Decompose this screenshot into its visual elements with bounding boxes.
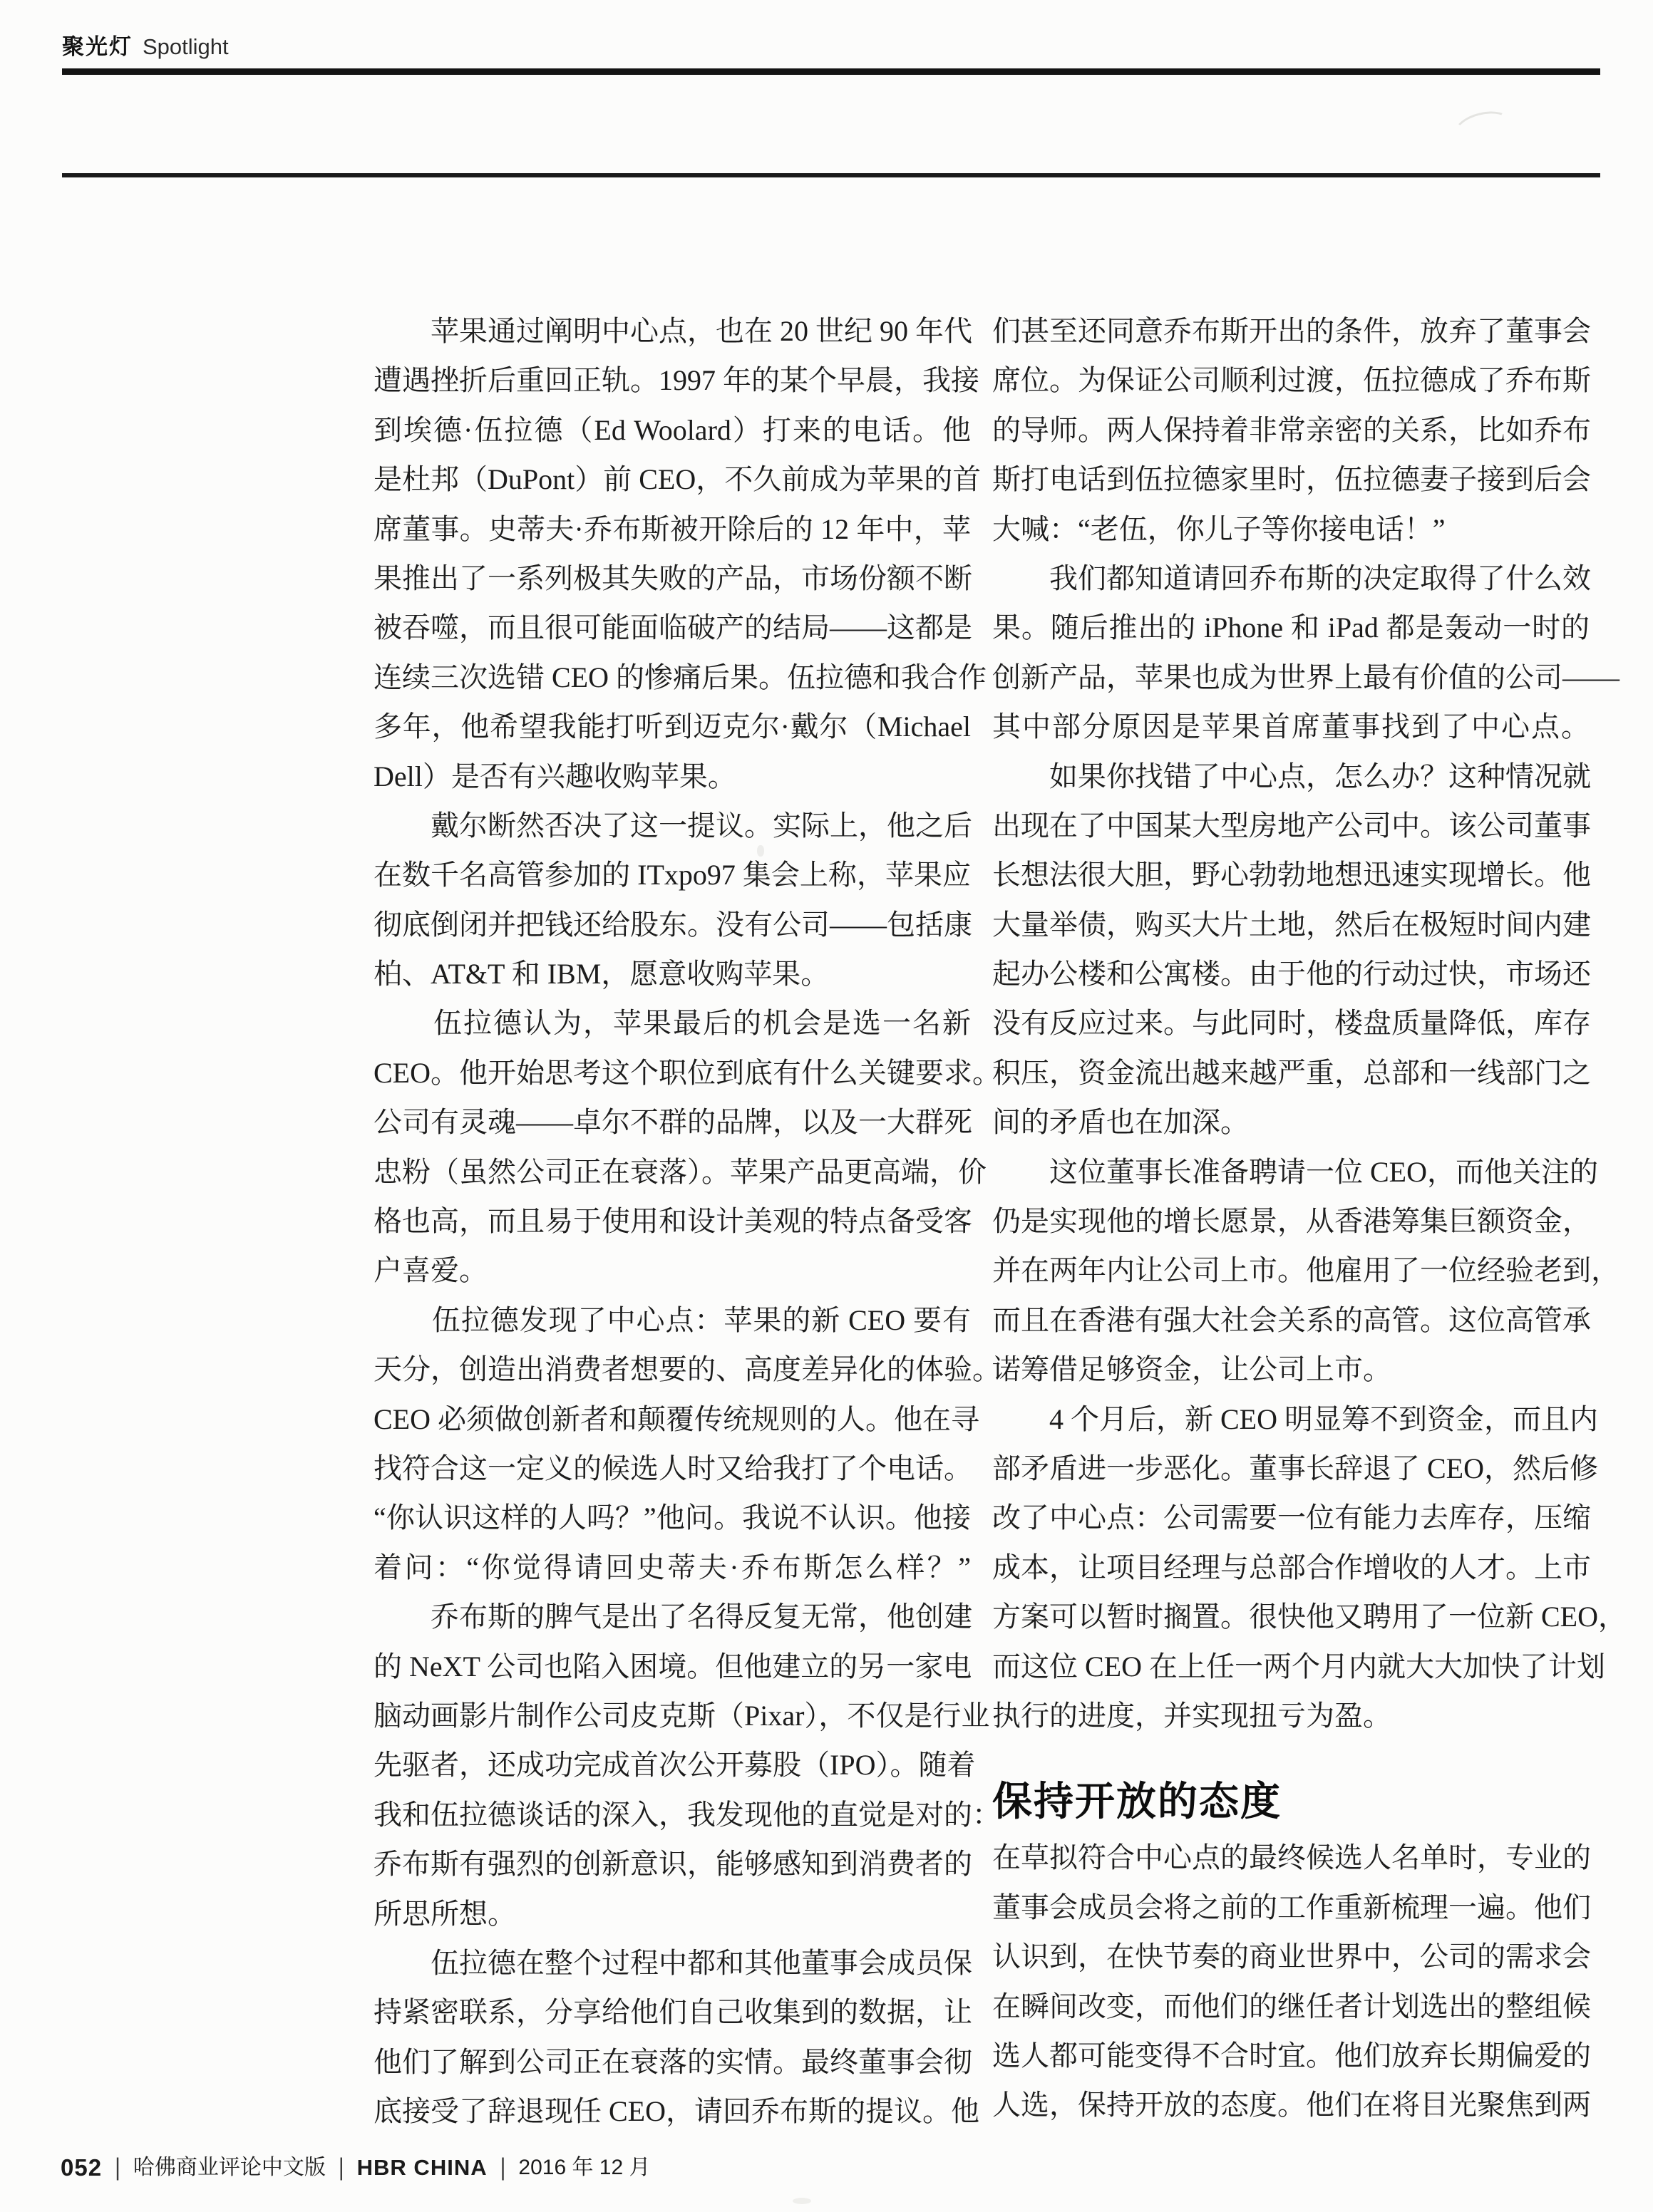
text-line: 公司有灵魂——卓尔不群的品牌，以及一大群死 xyxy=(374,1097,971,1147)
text-line: 脑动画影片制作公司皮克斯（Pixar），不仅是行业 xyxy=(374,1691,971,1740)
text-line: 我们都知道请回乔布斯的决定取得了什么效 xyxy=(992,554,1590,603)
paragraph: 苹果通过阐明中心点，也在 20 世纪 90 年代遭遇挫折后重回正轨。1997 年… xyxy=(374,306,971,801)
text-line: 出现在了中国某大型房地产公司中。该公司董事 xyxy=(992,801,1590,850)
text-line: 遭遇挫折后重回正轨。1997 年的某个早晨，我接 xyxy=(374,356,971,405)
paragraph: 伍拉德发现了中心点：苹果的新 CEO 要有天分，创造出消费者想要的、高度差异化的… xyxy=(374,1296,971,1592)
paragraph: 4 个月后，新 CEO 明显筹不到资金，而且内部矛盾进一步恶化。董事长辞退了 C… xyxy=(992,1395,1590,1741)
text-line: 席位。为保证公司顺利过渡，伍拉德成了乔布斯 xyxy=(992,356,1590,405)
text-line: 并在两年内让公司上市。他雇用了一位经验老到， xyxy=(992,1246,1590,1295)
text-line: 如果你找错了中心点，怎么办？这种情况就 xyxy=(992,752,1590,801)
paragraph: 如果你找错了中心点，怎么办？这种情况就出现在了中国某大型房地产公司中。该公司董事… xyxy=(992,752,1590,1147)
text-line: 们甚至还同意乔布斯开出的条件，放弃了董事会 xyxy=(992,306,1590,356)
header-rule-thin xyxy=(62,173,1600,177)
text-line: 底接受了辞退现任 CEO，请回乔布斯的提议。他 xyxy=(374,2087,971,2136)
issue-date: 2016 年 12 月 xyxy=(518,2154,650,2182)
text-line: 在瞬间改变，而他们的继任者计划选出的整组候 xyxy=(992,1982,1590,2031)
text-line: 果。随后推出的 iPhone 和 iPad 都是轰动一时的 xyxy=(992,603,1590,652)
text-line: 的导师。两人保持着非常亲密的关系，比如乔布 xyxy=(992,405,1590,455)
text-line: CEO。他开始思考这个职位到底有什么关键要求。 xyxy=(374,1048,971,1097)
left-text-column: 苹果通过阐明中心点，也在 20 世纪 90 年代遭遇挫折后重回正轨。1997 年… xyxy=(374,306,971,2136)
text-line: 斯打电话到伍拉德家里时，伍拉德妻子接到后会 xyxy=(992,455,1590,504)
text-line: 多年，他希望我能打听到迈克尔·戴尔（Michael xyxy=(374,702,971,751)
scan-artifact xyxy=(1451,106,1514,149)
text-line: 持紧密联系，分享给他们自己收集到的数据，让 xyxy=(374,1988,971,2037)
text-line: 改了中心点：公司需要一位有能力去库存，压缩 xyxy=(992,1493,1590,1542)
text-line: 成本，让项目经理与总部合作增收的人才。上市 xyxy=(992,1543,1590,1592)
text-line: 伍拉德发现了中心点：苹果的新 CEO 要有 xyxy=(374,1296,971,1345)
text-line: 董事会成员会将之前的工作重新梳理一遍。他们 xyxy=(992,1883,1590,1932)
section-heading: 保持开放的态度 xyxy=(992,1780,1590,1823)
page-footer: 052 | 哈佛商业评论中文版 | HBR CHINA | 2016 年 12 … xyxy=(61,2154,651,2182)
text-line: 乔布斯有强烈的创新意识，能够感知到消费者的 xyxy=(374,1839,971,1888)
text-line: 先驱者，还成功完成首次公开募股（IPO）。随着 xyxy=(374,1740,971,1789)
text-line: 戴尔断然否决了这一提议。实际上，他之后 xyxy=(374,801,971,850)
text-line: 部矛盾进一步恶化。董事长辞退了 CEO，然后修 xyxy=(992,1444,1590,1493)
text-line: 到埃德·伍拉德（Ed Woolard）打来的电话。他 xyxy=(374,405,971,455)
text-line: 这位董事长准备聘请一位 CEO，而他关注的 xyxy=(992,1147,1590,1197)
text-line: 乔布斯的脾气是出了名得反复无常，他创建 xyxy=(374,1592,971,1641)
text-line: 人选，保持开放的态度。他们在将目光聚焦到两 xyxy=(992,2080,1590,2129)
text-line: 伍拉德在整个过程中都和其他董事会成员保 xyxy=(374,1938,971,1988)
paragraph: 戴尔断然否决了这一提议。实际上，他之后在数千名高管参加的 ITxpo97 集会上… xyxy=(374,801,971,999)
paragraph: 伍拉德在整个过程中都和其他董事会成员保持紧密联系，分享给他们自己收集到的数据，让… xyxy=(374,1938,971,2136)
text-line: 4 个月后，新 CEO 明显筹不到资金，而且内 xyxy=(992,1395,1590,1444)
paragraph: 乔布斯的脾气是出了名得反复无常，他创建的 NeXT 公司也陷入困境。但他建立的另… xyxy=(374,1592,971,1938)
text-line: 在草拟符合中心点的最终候选人名单时，专业的 xyxy=(992,1833,1590,1882)
footer-separator: | xyxy=(115,2151,120,2184)
page-header: 聚光灯Spotlight xyxy=(62,34,229,60)
text-line: 间的矛盾也在加深。 xyxy=(992,1097,1590,1147)
scan-artifact xyxy=(793,2198,811,2204)
text-line: 苹果通过阐明中心点，也在 20 世纪 90 年代 xyxy=(374,306,971,356)
paragraph: 这位董事长准备聘请一位 CEO，而他关注的仍是实现他的增长愿景，从香港筹集巨额资… xyxy=(992,1147,1590,1395)
page-number: 052 xyxy=(61,2154,102,2182)
text-line: 大量举债，购买大片土地，然后在极短时间内建 xyxy=(992,900,1590,949)
text-line: 天分，创造出消费者想要的、高度差异化的体验。 xyxy=(374,1345,971,1394)
text-line: 户喜爱。 xyxy=(374,1246,971,1295)
text-line: 他们了解到公司正在衰落的实情。最终董事会彻 xyxy=(374,2037,971,2087)
text-line: 连续三次选错 CEO 的惨痛后果。伍拉德和我合作 xyxy=(374,653,971,702)
text-line: 执行的进度，并实现扭亏为盈。 xyxy=(992,1691,1590,1740)
paragraph: 伍拉德认为，苹果最后的机会是选一名新CEO。他开始思考这个职位到底有什么关键要求… xyxy=(374,998,971,1295)
text-line: 被吞噬，而且很可能面临破产的结局——这都是 xyxy=(374,603,971,652)
magazine-page: 聚光灯Spotlight 苹果通过阐明中心点，也在 20 世纪 90 年代遭遇挫… xyxy=(0,0,1653,2212)
text-line: 积压，资金流出越来越严重，总部和一线部门之 xyxy=(992,1048,1590,1097)
text-line: 仍是实现他的增长愿景，从香港筹集巨额资金， xyxy=(992,1197,1590,1246)
text-line: 选人都可能变得不合时宜。他们放弃长期偏爱的 xyxy=(992,2031,1590,2080)
text-line: 是杜邦（DuPont）前 CEO，不久前成为苹果的首 xyxy=(374,455,971,504)
text-line: 着问：“你觉得请回史蒂夫·乔布斯怎么样？” xyxy=(374,1543,971,1592)
text-line: 其中部分原因是苹果首席董事找到了中心点。 xyxy=(992,702,1590,751)
text-line: 所思所想。 xyxy=(374,1889,971,1938)
text-line: 起办公楼和公寓楼。由于他的行动过快，市场还 xyxy=(992,949,1590,998)
paragraph: 我们都知道请回乔布斯的决定取得了什么效果。随后推出的 iPhone 和 iPad… xyxy=(992,554,1590,752)
header-rule-thick xyxy=(62,68,1600,75)
text-line: 我和伍拉德谈话的深入，我发现他的直觉是对的： xyxy=(374,1790,971,1839)
text-line: “你认识这样的人吗？”他问。我说不认识。他接 xyxy=(374,1493,971,1542)
footer-separator: | xyxy=(500,2151,506,2184)
text-line: 找符合这一定义的候选人时又给我打了个电话。 xyxy=(374,1444,971,1493)
text-line: 伍拉德认为，苹果最后的机会是选一名新 xyxy=(374,998,971,1048)
text-line: CEO 必须做创新者和颠覆传统规则的人。他在寻 xyxy=(374,1395,971,1444)
text-line: 而这位 CEO 在上任一两个月内就大大加快了计划 xyxy=(992,1642,1590,1691)
text-line: 长想法很大胆，野心勃勃地想迅速实现增长。他 xyxy=(992,850,1590,899)
paragraph: 在草拟符合中心点的最终候选人名单时，专业的董事会成员会将之前的工作重新梳理一遍。… xyxy=(992,1833,1590,2129)
text-line: 诺筹借足够资金，让公司上市。 xyxy=(992,1345,1590,1394)
magazine-name-cn: 哈佛商业评论中文版 xyxy=(133,2154,326,2182)
text-line: 果推出了一系列极其失败的产品，市场份额不断 xyxy=(374,554,971,603)
paragraph: 们甚至还同意乔布斯开出的条件，放弃了董事会席位。为保证公司顺利过渡，伍拉德成了乔… xyxy=(992,306,1590,554)
text-line: 彻底倒闭并把钱还给股东。没有公司——包括康 xyxy=(374,900,971,949)
text-line: 大喊：“老伍，你儿子等你接电话！” xyxy=(992,505,1590,554)
text-line: 格也高，而且易于使用和设计美观的特点备受客 xyxy=(374,1197,971,1246)
text-line: 而且在香港有强大社会关系的高管。这位高管承 xyxy=(992,1296,1590,1345)
right-text-column: 们甚至还同意乔布斯开出的条件，放弃了董事会席位。为保证公司顺利过渡，伍拉德成了乔… xyxy=(992,306,1590,2130)
footer-separator: | xyxy=(339,2151,344,2184)
text-line: 的 NeXT 公司也陷入困境。但他建立的另一家电 xyxy=(374,1642,971,1691)
text-line: 柏、AT&T 和 IBM，愿意收购苹果。 xyxy=(374,949,971,998)
text-line: 席董事。史蒂夫·乔布斯被开除后的 12 年中，苹 xyxy=(374,505,971,554)
section-title-cn: 聚光灯 xyxy=(62,34,133,59)
text-line: 认识到，在快节奏的商业世界中，公司的需求会 xyxy=(992,1932,1590,1981)
text-line: 在数千名高管参加的 ITxpo97 集会上称，苹果应 xyxy=(374,850,971,899)
section-title-en: Spotlight xyxy=(143,34,229,59)
text-line: Dell）是否有兴趣收购苹果。 xyxy=(374,752,971,801)
text-line: 没有反应过来。与此同时，楼盘质量降低，库存 xyxy=(992,998,1590,1048)
text-line: 创新产品，苹果也成为世界上最有价值的公司—— xyxy=(992,653,1590,702)
text-line: 方案可以暂时搁置。很快他又聘用了一位新 CEO， xyxy=(992,1592,1590,1641)
text-line: 忠粉（虽然公司正在衰落）。苹果产品更高端，价 xyxy=(374,1147,971,1197)
magazine-name-en: HBR CHINA xyxy=(357,2154,488,2182)
